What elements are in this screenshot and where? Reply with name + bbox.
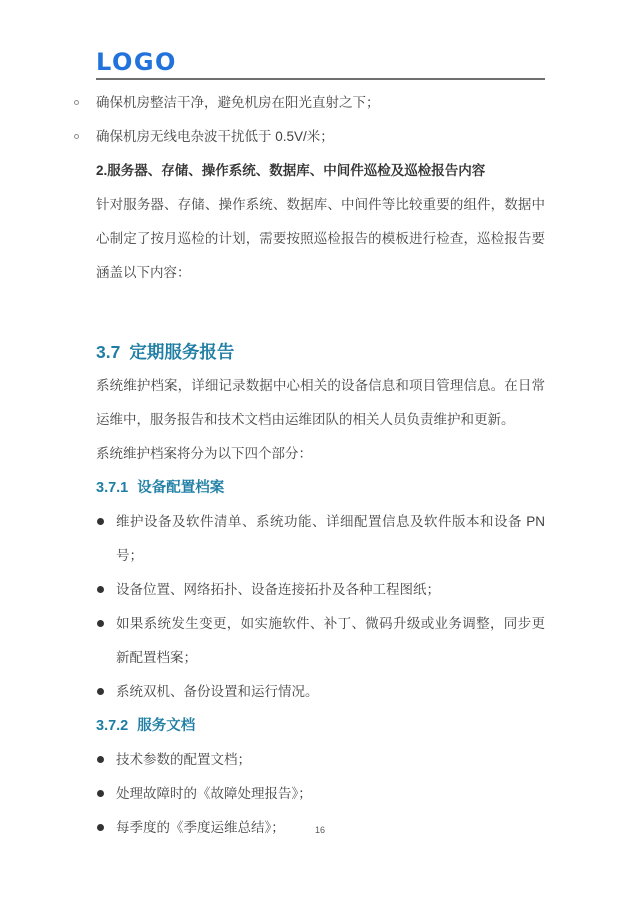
list-item-text: 如果系统发生变更，如实施软件、补丁、微码升级或业务调整，同步更新配置档案； (116, 607, 545, 675)
list-item: 系统双机、备份设置和运行情况。 (96, 675, 545, 709)
page-header: LOGO (96, 50, 545, 80)
filled-bullet-icon (97, 790, 104, 797)
list-item: 如果系统发生变更，如实施软件、补丁、微码升级或业务调整，同步更新配置档案； (96, 607, 545, 675)
list-item-text: 技术参数的配置文档； (116, 743, 545, 777)
list-item-text: 维护设备及软件清单、系统功能、详细配置信息及软件版本和设备 PN 号； (116, 505, 545, 573)
section-3-7-2-heading: 3.7.2服务文档 (96, 709, 545, 743)
page-content: LOGO 确保机房整洁干净，避免机房在阳光直射之下； 确保机房无线电杂波干扰低于… (0, 0, 640, 845)
list-item-text: 确保机房整洁干净，避免机房在阳光直射之下； (96, 86, 545, 120)
document-page: LOGO 确保机房整洁干净，避免机房在阳光直射之下； 确保机房无线电杂波干扰低于… (0, 0, 640, 906)
list-item-text: 确保机房无线电杂波干扰低于 0.5V/米； (96, 120, 545, 154)
section-title: 设备配置档案 (137, 480, 224, 496)
inspection-section-heading: 2.服务器、存储、操作系统、数据库、中间件巡检及巡检报告内容 (96, 154, 545, 188)
list-item: 设备位置、网络拓扑、设备连接拓扑及各种工程图纸； (96, 573, 545, 607)
hollow-bullet-icon (74, 100, 79, 105)
intro-bullet-list: 确保机房整洁干净，避免机房在阳光直射之下； 确保机房无线电杂波干扰低于 0.5V… (96, 86, 545, 154)
inspection-section-paragraph: 针对服务器、存储、操作系统、数据库、中间件等比较重要的组件，数据中心制定了按月巡… (96, 188, 545, 290)
section-title: 定期服务报告 (129, 342, 234, 362)
list-item: 处理故障时的《故障处理报告》； (96, 777, 545, 811)
hollow-bullet-icon (74, 134, 79, 139)
company-logo: LOGO (96, 50, 177, 74)
section-title: 服务文档 (137, 718, 195, 734)
section-number: 3.7 (96, 342, 120, 362)
section-3-7-paragraph-2: 系统维护档案将分为以下四个部分： (96, 437, 545, 471)
list-item-text: 处理故障时的《故障处理报告》； (116, 777, 545, 811)
list-item-text: 系统双机、备份设置和运行情况。 (116, 675, 545, 709)
section-3-7-heading: 3.7定期服务报告 (96, 335, 545, 369)
section-3-7-1-heading: 3.7.1设备配置档案 (96, 471, 545, 505)
list-item: 技术参数的配置文档； (96, 743, 545, 777)
section-number: 3.7.1 (96, 480, 128, 496)
filled-bullet-icon (97, 620, 104, 627)
section-number: 3.7.2 (96, 718, 128, 734)
filled-bullet-icon (97, 586, 104, 593)
list-item-text: 设备位置、网络拓扑、设备连接拓扑及各种工程图纸； (116, 573, 545, 607)
filled-bullet-icon (97, 688, 104, 695)
filled-bullet-icon (97, 518, 104, 525)
list-item: 确保机房整洁干净，避免机房在阳光直射之下； (96, 86, 545, 120)
list-item: 确保机房无线电杂波干扰低于 0.5V/米； (96, 120, 545, 154)
section-3-7-paragraph-1: 系统维护档案，详细记录数据中心相关的设备信息和项目管理信息。在日常运维中，服务报… (96, 369, 545, 437)
page-number: 16 (0, 824, 640, 836)
equipment-archive-list: 维护设备及软件清单、系统功能、详细配置信息及软件版本和设备 PN 号； 设备位置… (96, 505, 545, 709)
list-item: 维护设备及软件清单、系统功能、详细配置信息及软件版本和设备 PN 号； (96, 505, 545, 573)
filled-bullet-icon (97, 756, 104, 763)
